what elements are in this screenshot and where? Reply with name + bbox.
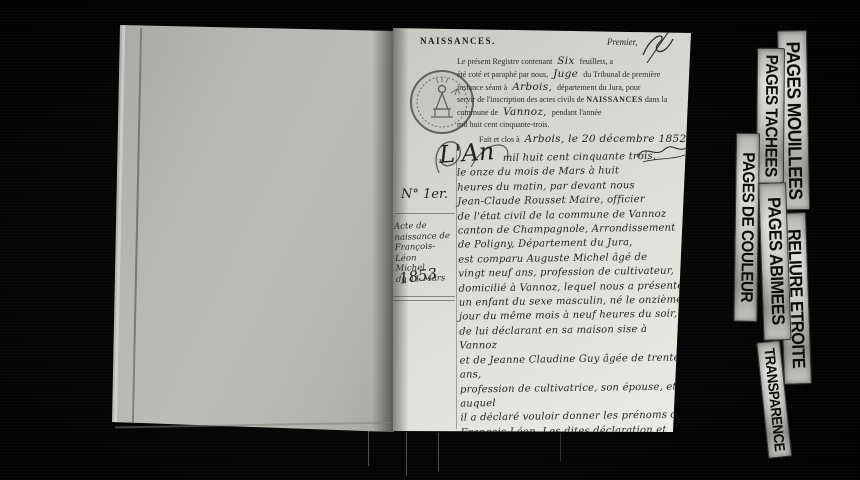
strip-label: PAGES DE COULEUR [733,152,760,302]
act-number: N° 1er. [401,187,448,202]
page-edge-highlight [114,24,126,432]
form-handwritten: Six [557,55,574,67]
folio-label: Premier, [607,37,637,47]
act-line: faites en présence de Jean Joseph Mourca… [461,452,689,470]
register-section-header: NAISSANCES. [420,36,496,46]
page-edge-streak [438,433,439,471]
form-handwritten: Arbois, [512,81,552,93]
form-print: servir de l'inscription des actes civils… [457,95,584,104]
margin-year: 1853 [398,264,438,287]
margin-divider [393,296,455,297]
form-print: département du Jura, pour [557,83,641,92]
form-print: commune de [457,108,498,117]
strip-label: PAGES ABIMEES [758,197,791,326]
form-handwritten: Vannoz, [503,106,547,118]
act-line: François-Léon. Les dites déclaration et … [461,423,689,455]
page-edge-streak [406,432,407,476]
form-print-bold: NAISSANCES [586,95,643,104]
birth-act-text: mil huit cent cinquante trois, le onze d… [457,149,690,480]
form-print: feuillets, a [580,57,613,66]
page-crease-line [132,28,142,426]
condition-label-pages-tachees: PAGES TACHEES [756,48,785,184]
condition-label-pages-abimees: PAGES ABIMEES [758,182,791,341]
form-print: été coté et paraphé par nous, [457,70,548,79]
act-line: de lui déclarant en sa maison sise à Van… [459,322,687,354]
strip-label: PAGES TACHEES [756,55,785,177]
margin-note-line: François-Léon [395,241,456,264]
form-handwritten: Juge [553,68,578,80]
margin-divider [393,300,455,301]
form-print: Le présent Registre contenant [457,57,552,66]
condition-label-pages-de-couleur: PAGES DE COULEUR [733,133,760,322]
form-print: pendant l'année [552,108,602,117]
page-edge-streak [368,430,369,466]
margin-divider [395,213,455,214]
form-print: du Tribunal de première [583,70,660,79]
form-print: mil huit cent cinquante-trois. [457,120,549,129]
register-act-page: NAISSANCES. Premier, Le présent Registre… [393,27,693,433]
gutter-shadow [372,24,394,432]
microfilm-scan: NAISSANCES. Premier, Le présent Registre… [0,0,860,480]
act-line: âgé de vingt sept ans Instituteur audit [461,466,689,480]
act-line: et de Jeanne Claudine Guy âgée de trente… [460,351,688,383]
form-print: instance séant à [457,83,507,92]
act-line: profession de cultivatrice, son épouse, … [460,380,688,412]
left-blank-page [112,24,394,432]
form-print: dans la [645,95,667,104]
page-edge-streak [560,433,561,461]
